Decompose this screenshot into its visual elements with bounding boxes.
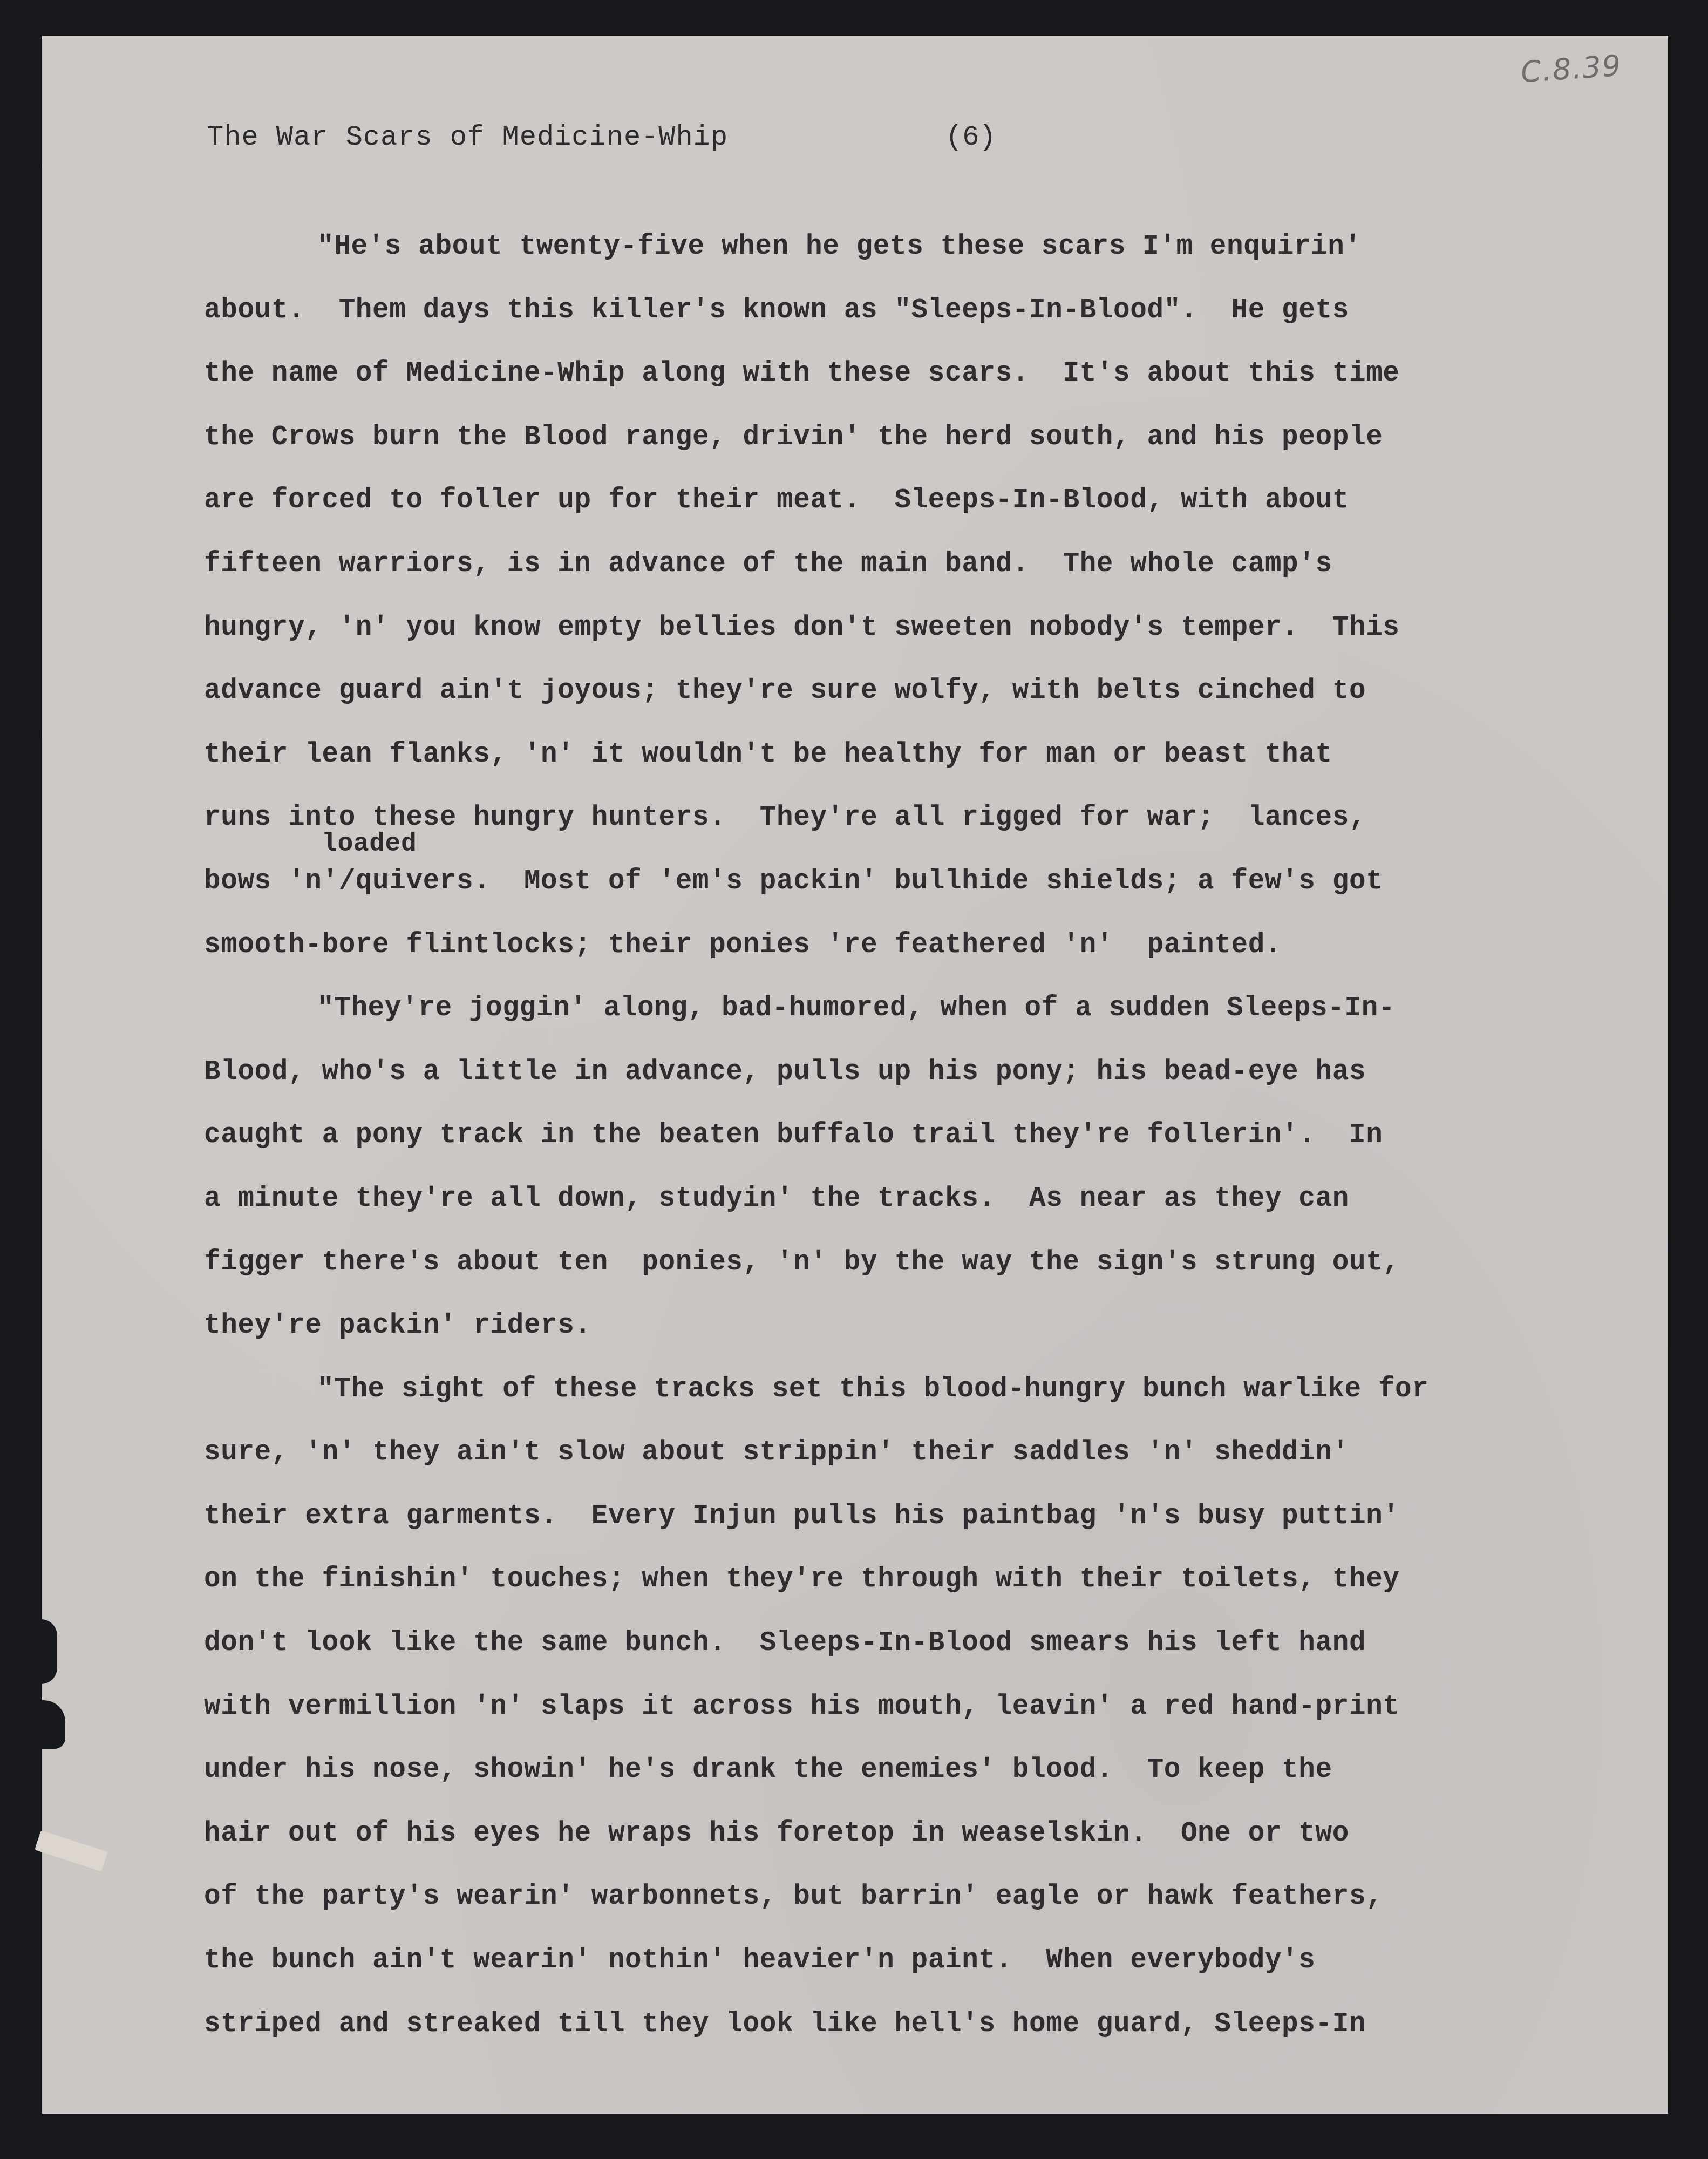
text-line: advance guard ain't joyous; they're sure… (204, 670, 1618, 734)
page-header-title: The War Scars of Medicine-Whip (207, 121, 728, 153)
text-line: "The sight of these tracks set this bloo… (204, 1368, 1618, 1432)
body-text: "He's about twenty-five when he gets the… (204, 226, 1618, 2066)
text-line: figger there's about ten ponies, 'n' by … (204, 1241, 1618, 1305)
text-line: fifteen warriors, is in advance of the m… (204, 543, 1618, 607)
text-line: on the finishin' touches; when they're t… (204, 1558, 1618, 1622)
text-line: Blood, who's a little in advance, pulls … (204, 1051, 1618, 1115)
text-line: are forced to foller up for their meat. … (204, 479, 1618, 543)
text-line: striped and streaked till they look like… (204, 2003, 1618, 2067)
text-line: caught a pony track in the beaten buffal… (204, 1114, 1618, 1178)
text-line: a minute they're all down, studyin' the … (204, 1178, 1618, 1241)
text-line: with vermillion 'n' slaps it across his … (204, 1686, 1618, 1749)
text-line: of the party's wearin' warbonnets, but b… (204, 1876, 1618, 1939)
text-line: under his nose, showin' he's drank the e… (204, 1749, 1618, 1812)
text-line: don't look like the same bunch. Sleeps-I… (204, 1622, 1618, 1686)
archive-mark: C.8.39 (1520, 49, 1623, 90)
text-line: their lean flanks, 'n' it wouldn't be he… (204, 734, 1618, 797)
page-number: (6) (945, 121, 996, 153)
text-line: the name of Medicine-Whip along with the… (204, 352, 1618, 416)
text-line: bows 'n'/quivers. Most of 'em's packin' … (204, 860, 1618, 924)
torn-edge (36, 1619, 57, 1684)
text-line: sure, 'n' they ain't slow about strippin… (204, 1431, 1618, 1495)
text-line: their extra garments. Every Injun pulls … (204, 1495, 1618, 1559)
interlinear-insertion: loaded (322, 823, 417, 866)
text-line: about. Them days this killer's known as … (204, 289, 1618, 353)
text-line: "They're joggin' along, bad-humored, whe… (204, 987, 1618, 1051)
text-line: hungry, 'n' you know empty bellies don't… (204, 607, 1618, 670)
text-line: they're packin' riders. (204, 1305, 1618, 1368)
text-line: the Crows burn the Blood range, drivin' … (204, 416, 1618, 480)
text-line: smooth-bore flintlocks; their ponies 're… (204, 924, 1618, 988)
text-line: hair out of his eyes he wraps his foreto… (204, 1812, 1618, 1876)
text-line: "He's about twenty-five when he gets the… (204, 226, 1618, 289)
text-line: the bunch ain't wearin' nothin' heavier'… (204, 1939, 1618, 2003)
